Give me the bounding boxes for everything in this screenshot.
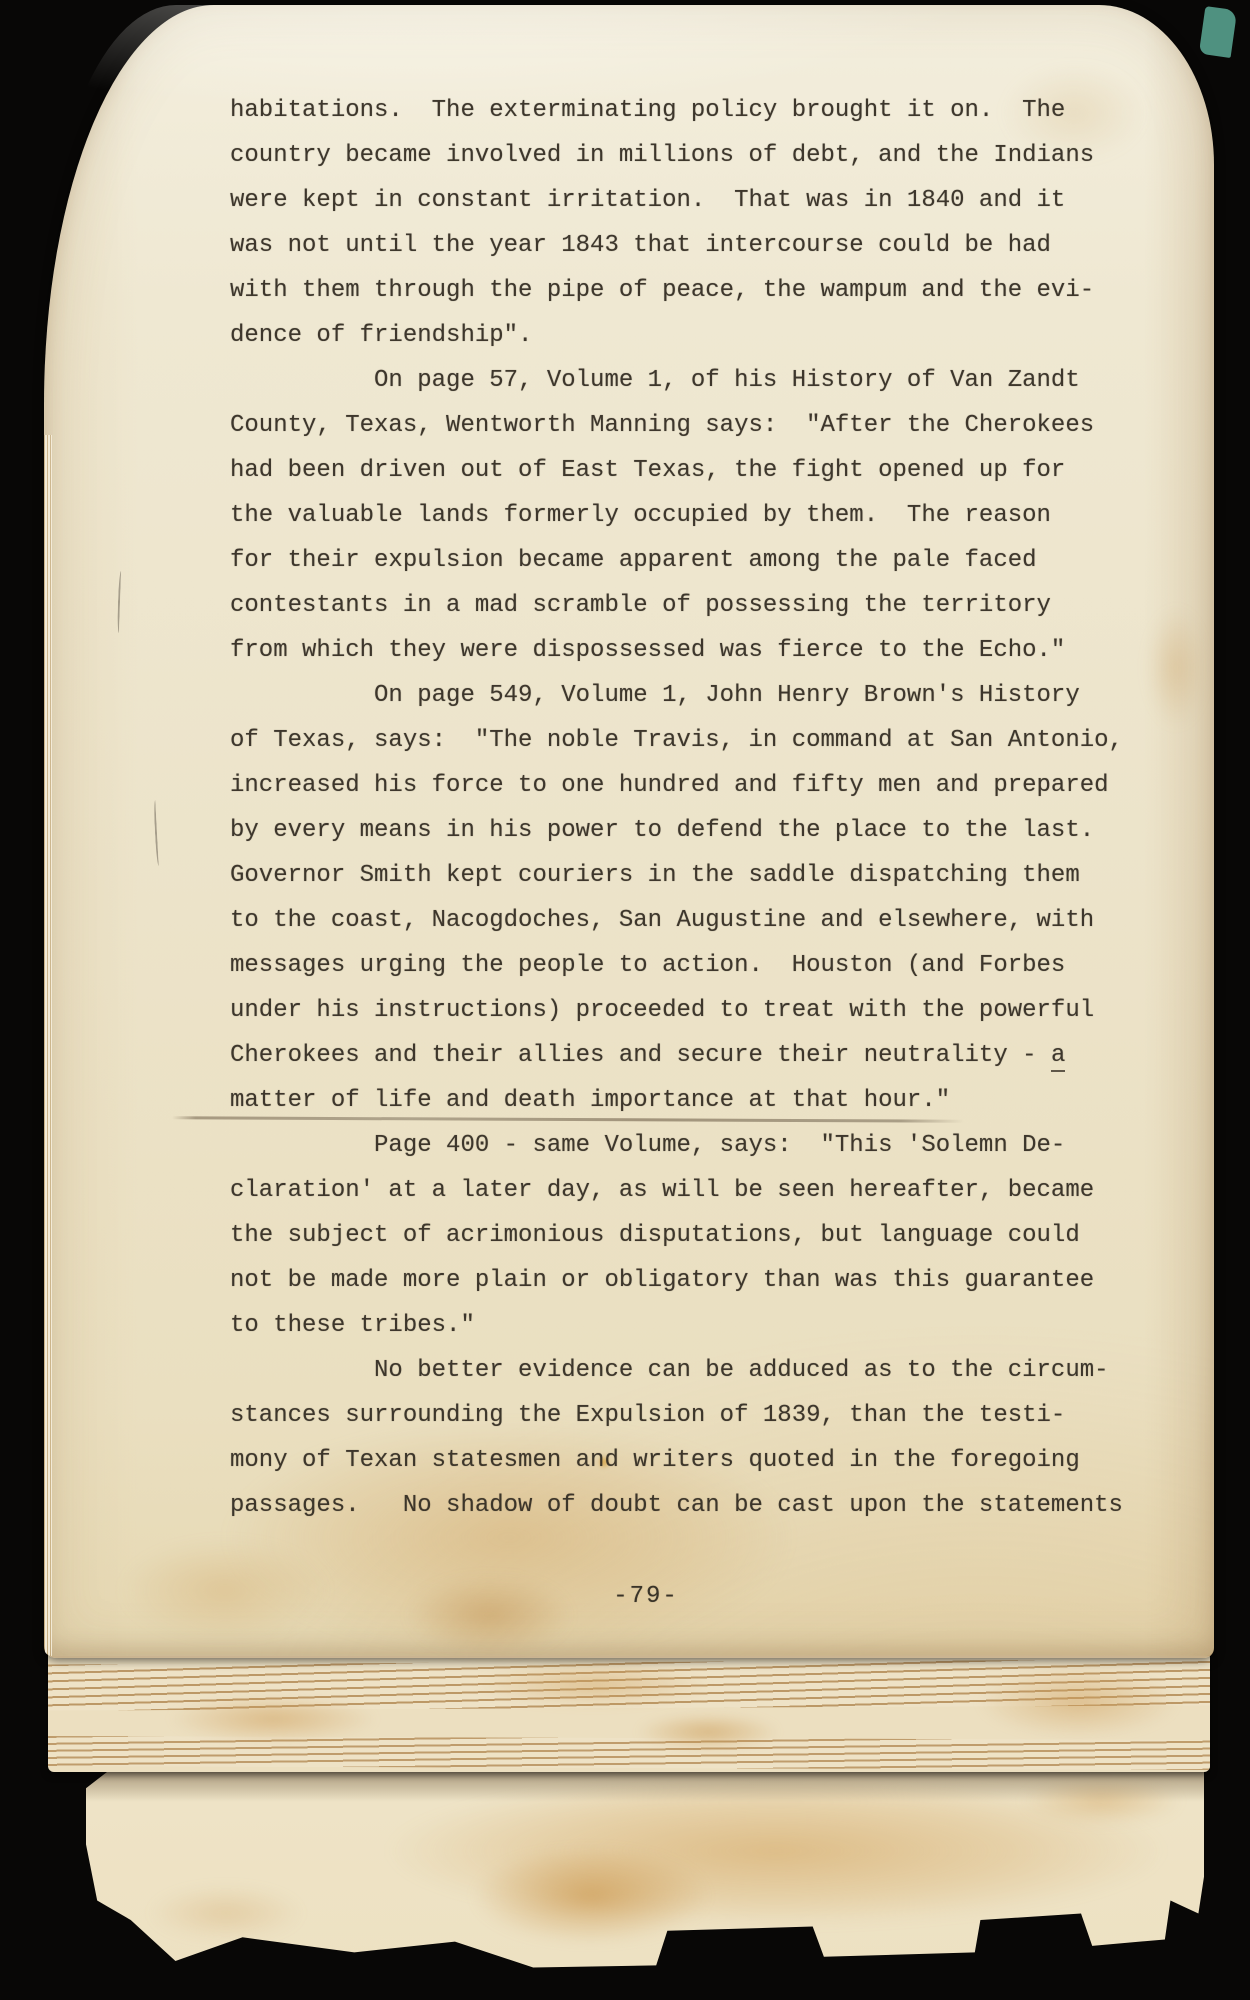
- typed-line: to the coast, Nacogdoches, San Augustine…: [230, 898, 1170, 943]
- typed-line: matter of life and death importance at t…: [230, 1078, 1170, 1123]
- typed-line: not be made more plain or obligatory tha…: [230, 1258, 1170, 1303]
- pencil-underlined-letter: a: [1051, 1042, 1065, 1072]
- typed-line: to these tribes.": [230, 1303, 1170, 1348]
- typed-line: from which they were dispossessed was fi…: [230, 628, 1170, 673]
- page-stack-edge: [48, 1648, 1210, 1772]
- typed-line: with them through the pipe of peace, the…: [230, 268, 1170, 313]
- typed-line: the subject of acrimonious disputations,…: [230, 1213, 1170, 1258]
- typed-line: for their expulsion became apparent amon…: [230, 538, 1170, 583]
- typed-line: Governor Smith kept couriers in the sadd…: [230, 853, 1170, 898]
- typed-line: Cherokees and their allies and secure th…: [230, 1033, 1170, 1078]
- water-stain: [374, 1560, 604, 1670]
- typed-line: country became involved in millions of d…: [230, 133, 1170, 178]
- manuscript-page: habitations. The exterminating policy br…: [44, 5, 1214, 1658]
- damaged-underlying-page: [86, 1758, 1204, 1974]
- binding-tape-fragment: [1199, 6, 1237, 58]
- water-stain: [128, 1686, 418, 1752]
- typed-line: passages. No shadow of doubt can be cast…: [230, 1483, 1170, 1528]
- margin-pencil-mark: [117, 571, 124, 633]
- margin-pencil-mark: [153, 800, 161, 866]
- typed-line: contestants in a mad scramble of possess…: [230, 583, 1170, 628]
- water-stain: [608, 1706, 808, 1758]
- page-number: -79-: [44, 1583, 1214, 1610]
- typed-line: claration' at a later day, as will be se…: [230, 1168, 1170, 1213]
- typed-line: On page 549, Volume 1, John Henry Brown'…: [230, 673, 1170, 718]
- water-stain: [938, 1652, 1210, 1752]
- typed-line: increased his force to one hundred and f…: [230, 763, 1170, 808]
- typed-line: County, Texas, Wentworth Manning says: "…: [230, 403, 1170, 448]
- typed-line: the valuable lands formerly occupied by …: [230, 493, 1170, 538]
- typed-text: Cherokees and their allies and secure th…: [230, 1042, 1051, 1069]
- typed-line: was not until the year 1843 that interco…: [230, 223, 1170, 268]
- typed-line: were kept in constant irritation. That w…: [230, 178, 1170, 223]
- water-stain: [426, 1828, 756, 1963]
- typed-line: by every means in his power to defend th…: [230, 808, 1170, 853]
- typed-line: of Texas, says: "The noble Travis, in co…: [230, 718, 1170, 763]
- typed-line: had been driven out of East Texas, the f…: [230, 448, 1170, 493]
- typed-line: dence of friendship".: [230, 313, 1170, 358]
- typed-line: No better evidence can be adduced as to …: [230, 1348, 1170, 1393]
- typed-line: habitations. The exterminating policy br…: [230, 88, 1170, 133]
- typed-line: messages urging the people to action. Ho…: [230, 943, 1170, 988]
- typed-line: under his instructions) proceeded to tre…: [230, 988, 1170, 1033]
- typed-line: mony of Texan statesmen and writers quot…: [230, 1438, 1170, 1483]
- photo-background: habitations. The exterminating policy br…: [0, 0, 1250, 2000]
- typed-line: Page 400 - same Volume, says: "This 'Sol…: [230, 1123, 1170, 1168]
- water-stain: [116, 1873, 336, 1953]
- typed-text-block: habitations. The exterminating policy br…: [230, 88, 1170, 1528]
- typed-line: On page 57, Volume 1, of his History of …: [230, 358, 1170, 403]
- typed-line: stances surrounding the Expulsion of 183…: [230, 1393, 1170, 1438]
